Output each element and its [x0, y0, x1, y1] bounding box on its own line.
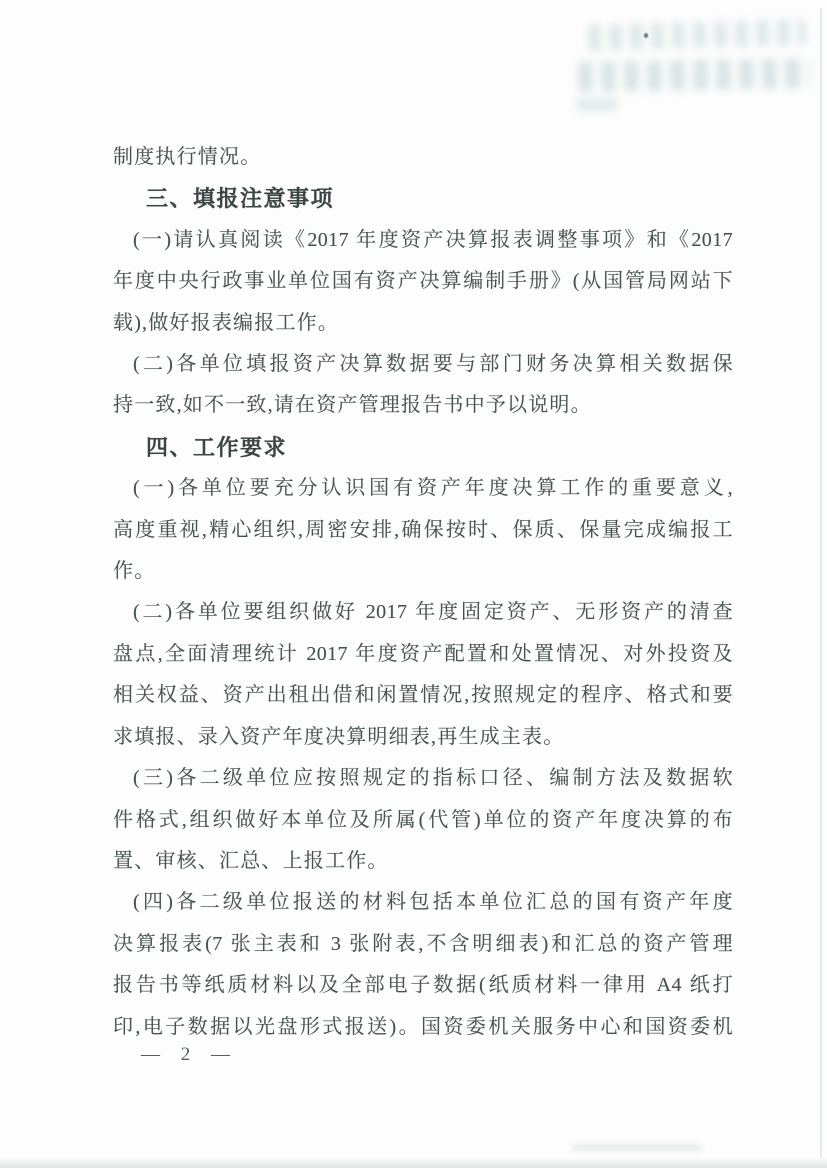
text-line: 作。 [113, 551, 733, 592]
ink-speck [644, 33, 648, 38]
text-line: 盘点,全面清理统计 2017 年度资产配置和处置情况、对外投资及 [113, 634, 733, 675]
text-line: 决算报表(7 张主表和 3 张附表,不含明细表)和汇总的资产管理 [113, 924, 733, 965]
scan-edge-shadow [0, 1159, 827, 1168]
text-line: (一)各单位要充分认识国有资产年度决算工作的重要意义, [113, 468, 733, 509]
section-heading: 四、工作要求 [113, 427, 733, 468]
text-line: (二)各单位填报资产决算数据要与部门财务决算相关数据保 [113, 344, 733, 385]
text-line: 年度中央行政事业单位国有资产决算编制手册》(从国管局网站下 [113, 261, 733, 302]
scan-edge-line [820, 8, 822, 1158]
text-line: (一)请认真阅读《2017 年度资产决算报表调整事项》和《2017 [113, 220, 733, 261]
document-text: 制度执行情况。三、填报注意事项(一)请认真阅读《2017 年度资产决算报表调整事… [113, 137, 733, 1048]
bleed-through-artifact [588, 19, 807, 51]
text-line: 高度重视,精心组织,周密安排,确保按时、保质、保量完成编报工 [113, 510, 733, 551]
text-line: (四)各二级单位报送的材料包括本单位汇总的国有资产年度 [113, 882, 733, 923]
scanned-page: 制度执行情况。三、填报注意事项(一)请认真阅读《2017 年度资产决算报表调整事… [0, 0, 827, 1168]
text-line: 印,电子数据以光盘形式报送)。国资委机关服务中心和国资委机 [113, 1007, 733, 1048]
text-line: (三)各二级单位应按照规定的指标口径、编制方法及数据软 [113, 758, 733, 799]
text-line: 持一致,如不一致,请在资产管理报告书中予以说明。 [113, 385, 733, 426]
text-line: 置、审核、汇总、上报工作。 [113, 841, 733, 882]
text-line: 求填报、录入资产年度决算明细表,再生成主表。 [113, 717, 733, 758]
page-number: — 2 — [141, 1044, 232, 1066]
section-heading: 三、填报注意事项 [113, 178, 733, 219]
text-line: 制度执行情况。 [113, 137, 733, 178]
bleed-through-artifact [578, 58, 810, 92]
text-line: 件格式,组织做好本单位及所属(代管)单位的资产年度决算的布 [113, 800, 733, 841]
bleed-through-artifact [576, 98, 618, 111]
text-line: 载),做好报表编报工作。 [113, 303, 733, 344]
scan-smudge [572, 1144, 702, 1151]
text-line: (二)各单位要组织做好 2017 年度固定资产、无形资产的清查 [113, 592, 733, 633]
text-line: 相关权益、资产出租出借和闲置情况,按照规定的程序、格式和要 [113, 675, 733, 716]
text-line: 报告书等纸质材料以及全部电子数据(纸质材料一律用 A4 纸打 [113, 965, 733, 1006]
